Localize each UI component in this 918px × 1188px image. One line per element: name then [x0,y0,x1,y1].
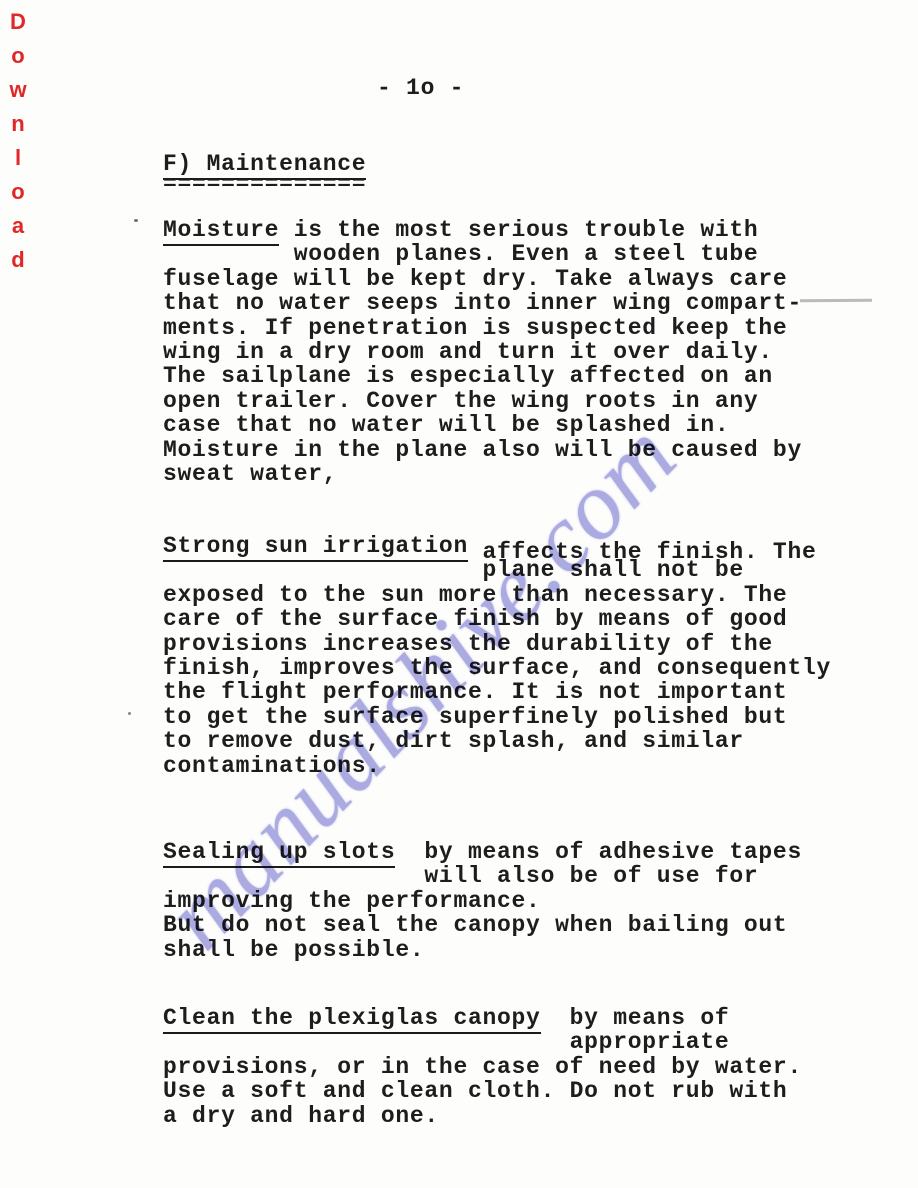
text-line: will also be of use for [163,864,802,888]
text-line: contaminations. [163,754,831,778]
text-line: wooden planes. Even a steel tube [163,242,802,266]
text-line: shall be possible. [163,938,802,962]
text-line: finish, improves the surface, and conseq… [163,656,831,680]
text-line: case that no water will be splashed in. [163,413,802,437]
text-line: Sealing up slots by means of adhesive ta… [163,840,802,864]
paragraph-sealing-slots: Sealing up slots by means of adhesive ta… [163,840,802,962]
scan-streak-artifact [800,299,872,303]
text-line: provisions, or in the case of need by wa… [163,1055,802,1079]
lead-line-rest: by means of [541,1005,730,1031]
text-line: the flight performance. It is not import… [163,680,831,704]
lead-line-rest: affects the finish. The [468,539,817,565]
text-line: Moisture is the most serious trouble wit… [163,218,802,242]
text-line: Clean the plexiglas canopy by means of [163,1006,802,1030]
page-number: - 1o - [377,76,464,100]
text-line: wing in a dry room and turn it over dail… [163,340,802,364]
text-line: to remove dust, dirt splash, and similar [163,729,831,753]
scanned-manual-page: D o w n l o a d - 1o - F) Maintenance ==… [0,0,918,1188]
text-line: care of the surface finish by means of g… [163,607,831,631]
text-line: sweat water, [163,462,802,486]
lead-line-rest: is the most serious trouble with [279,217,758,243]
lead-line-rest: by means of adhesive tapes [395,839,802,865]
text-line: to get the surface superfinely polished … [163,705,831,729]
download-letter: o [6,39,30,73]
download-letter: d [6,243,30,277]
text-line: appropriate [163,1030,802,1054]
section-heading-underline: ============== [163,174,366,195]
ink-speck-artifact [134,219,138,222]
text-line: Use a soft and clean cloth. Do not rub w… [163,1079,802,1103]
text-line: improving the performance. [163,889,802,913]
download-letter: o [6,175,30,209]
download-letter: l [6,141,30,175]
download-letter: D [6,5,30,39]
text-line: provisions increases the durability of t… [163,632,831,656]
text-line: Moisture in the plane also will be cause… [163,438,802,462]
text-line: a dry and hard one. [163,1104,802,1128]
text-line: open trailer. Cover the wing roots in an… [163,389,802,413]
text-line: exposed to the sun more than necessary. … [163,583,831,607]
text-line: But do not seal the canopy when bailing … [163,913,802,937]
download-letter: a [6,209,30,243]
paragraph-moisture: Moisture is the most serious trouble wit… [163,218,802,486]
download-letter: n [6,107,30,141]
text-line: Strong sun irrigation affects the finish… [163,534,831,558]
paragraph-sun-irrigation: Strong sun irrigation affects the finish… [163,534,831,778]
text-line: fuselage will be kept dry. Take always c… [163,267,802,291]
download-letter: w [6,73,30,107]
ink-speck-artifact [128,712,131,715]
text-line: that no water seeps into inner wing comp… [163,291,802,315]
download-vertical-label[interactable]: D o w n l o a d [6,5,30,277]
text-line: ments. If penetration is suspected keep … [163,316,802,340]
paragraph-clean-canopy: Clean the plexiglas canopy by means of a… [163,1006,802,1128]
text-line: The sailplane is especially affected on … [163,364,802,388]
